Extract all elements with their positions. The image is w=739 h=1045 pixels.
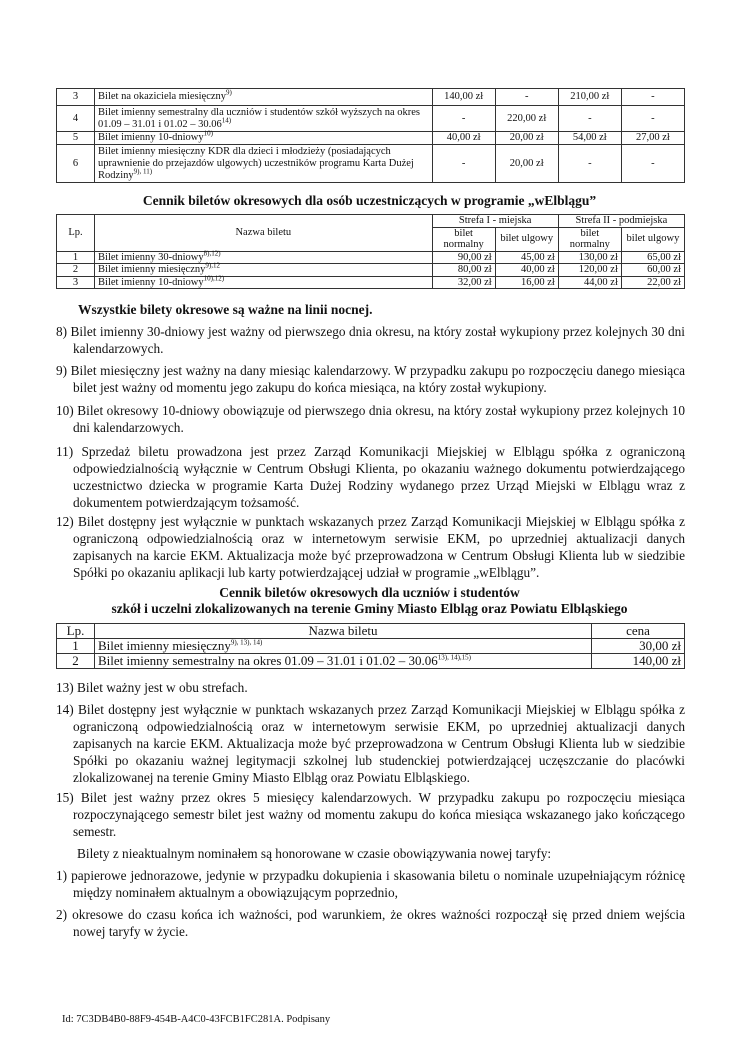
cell-name: Bilet na okaziciela miesięczny9): [95, 89, 433, 106]
section-title-students-2: szkół i uczelni zlokalizowanych na teren…: [0, 601, 739, 617]
cell-price: 210,00 zł: [558, 89, 621, 106]
cell-price: -: [495, 89, 558, 106]
table-row: 1Bilet imienny 30-dniowy8),12)90,00 zł45…: [57, 251, 685, 264]
section-title-welblagu: Cennik biletów okresowych dla osób uczes…: [0, 193, 739, 209]
header-name: Nazwa biletu: [94, 624, 591, 639]
footnote-text: 2) okresowe do czasu końca ich ważności,…: [56, 906, 685, 940]
cell-price: 60,00 zł: [621, 264, 684, 277]
cell-price: 80,00 zł: [432, 264, 495, 277]
footnote-text: 12) Bilet dostępny jest wyłącznie w punk…: [56, 513, 685, 581]
cell-price: 44,00 zł: [558, 276, 621, 289]
footnote-item: 12) Bilet dostępny jest wyłącznie w punk…: [56, 513, 685, 581]
footnote-ref: 9), 13), 14): [231, 639, 263, 647]
cell-price: -: [558, 106, 621, 132]
cell-price: 140,00 zł: [592, 654, 685, 669]
cell-price: 65,00 zł: [621, 251, 684, 264]
footnote-ref: 8),12): [204, 249, 221, 257]
table-row: 2Bilet imienny semestralny na okres 01.0…: [57, 654, 685, 669]
cell-price: 32,00 zł: [432, 276, 495, 289]
header-name: Nazwa biletu: [95, 215, 433, 252]
cell-price: 40,00 zł: [432, 132, 495, 145]
cell-name: Bilet imienny miesięczny9),12: [95, 264, 433, 277]
cell-price: 140,00 zł: [432, 89, 495, 106]
cell-price: 30,00 zł: [592, 639, 685, 654]
cell-price: 20,00 zł: [495, 145, 558, 183]
footnote-item: 13) Bilet ważny jest w obu strefach.: [56, 679, 685, 696]
footnote-ref: 9), 11): [134, 167, 152, 175]
table-row: 3Bilet imienny 10-dniowy10),12)32,00 zł1…: [57, 276, 685, 289]
table-row: 6Bilet imienny miesięczny KDR dla dzieci…: [57, 145, 685, 183]
footnote-item: 9) Bilet miesięczny jest ważny na dany m…: [56, 362, 685, 396]
footnote-ref: 14): [222, 116, 231, 124]
footnote-ref: 9): [226, 89, 232, 97]
footnote-text: 8) Bilet imienny 30-dniowy jest ważny od…: [56, 323, 685, 357]
cell-price: 90,00 zł: [432, 251, 495, 264]
cell-lp: 2: [57, 654, 95, 669]
cell-price: -: [558, 145, 621, 183]
header-reduced-z2: bilet ulgowy: [621, 227, 684, 251]
cell-price: 45,00 zł: [495, 251, 558, 264]
outdated-intro: Bilety z nieaktualnym nominałem są honor…: [77, 846, 551, 862]
table-row: 5Bilet imienny 10-dniowy10)40,00 zł20,00…: [57, 132, 685, 145]
footnote-item: 15) Bilet jest ważny przez okres 5 miesi…: [56, 789, 685, 840]
header-zone1: Strefa I - miejska: [432, 215, 558, 228]
footnote-item: 10) Bilet okresowy 10-dniowy obowiązuje …: [56, 402, 685, 436]
cell-price: 20,00 zł: [495, 132, 558, 145]
footnote-text: 15) Bilet jest ważny przez okres 5 miesi…: [56, 789, 685, 840]
document-id-footer: Id: 7C3DB4B0-88F9-454B-A4C0-43FCB1FC281A…: [62, 1014, 330, 1025]
cell-lp: 3: [57, 276, 95, 289]
cell-price: 220,00 zł: [495, 106, 558, 132]
cell-price: -: [432, 106, 495, 132]
table-row: 1Bilet imienny miesięczny9), 13), 14)30,…: [57, 639, 685, 654]
cell-price: -: [432, 145, 495, 183]
header-lp: Lp.: [57, 624, 95, 639]
footnote-item: 11) Sprzedaż biletu prowadzona jest prze…: [56, 443, 685, 511]
footnote-ref: 10),12): [204, 274, 224, 282]
section-title-students-1: Cennik biletów okresowych dla uczniów i …: [0, 585, 739, 601]
cell-price: 40,00 zł: [495, 264, 558, 277]
footnote-text: 9) Bilet miesięczny jest ważny na dany m…: [56, 362, 685, 396]
cell-lp: 3: [57, 89, 95, 106]
cell-price: -: [621, 89, 684, 106]
cell-lp: 5: [57, 132, 95, 145]
footnote-text: 10) Bilet okresowy 10-dniowy obowiązuje …: [56, 402, 685, 436]
cell-lp: 2: [57, 264, 95, 277]
cell-lp: 6: [57, 145, 95, 183]
footnote-item: 14) Bilet dostępny jest wyłącznie w punk…: [56, 701, 685, 786]
cell-price: 27,00 zł: [621, 132, 684, 145]
footnote-text: 1) papierowe jednorazowe, jedynie w przy…: [56, 867, 685, 901]
header-zone2: Strefa II - podmiejska: [558, 215, 684, 228]
cell-price: 22,00 zł: [621, 276, 684, 289]
footnote-ref: 9),12: [205, 262, 220, 270]
table-row: 4Bilet imienny semestralny dla uczniów i…: [57, 106, 685, 132]
cell-price: 120,00 zł: [558, 264, 621, 277]
cell-price: -: [621, 145, 684, 183]
cell-name: Bilet imienny 10-dniowy10),12): [95, 276, 433, 289]
header-price: cena: [592, 624, 685, 639]
price-table-students: Lp. Nazwa biletu cena 1Bilet imienny mie…: [56, 623, 685, 669]
cell-name: Bilet imienny semestralny na okres 01.09…: [94, 654, 591, 669]
footnote-text: 11) Sprzedaż biletu prowadzona jest prze…: [56, 443, 685, 511]
footnote-ref: 13), 14),15): [438, 654, 471, 662]
price-table-welblagu: Lp. Nazwa biletu Strefa I - miejska Stre…: [56, 214, 685, 289]
header-normal-z2: bilet normalny: [558, 227, 621, 251]
cell-name: Bilet imienny semestralny dla uczniów i …: [95, 106, 433, 132]
cell-name: Bilet imienny miesięczny9), 13), 14): [94, 639, 591, 654]
night-line-note: Wszystkie bilety okresowe są ważne na li…: [78, 302, 373, 318]
footnote-text: 14) Bilet dostępny jest wyłącznie w punk…: [56, 701, 685, 786]
cell-price: 54,00 zł: [558, 132, 621, 145]
cell-price: -: [621, 106, 684, 132]
header-lp: Lp.: [57, 215, 95, 252]
price-table-general: 3Bilet na okaziciela miesięczny9)140,00 …: [56, 88, 685, 183]
cell-lp: 1: [57, 639, 95, 654]
cell-name: Bilet imienny 10-dniowy10): [95, 132, 433, 145]
header-reduced-z1: bilet ulgowy: [495, 227, 558, 251]
document-page: 3Bilet na okaziciela miesięczny9)140,00 …: [0, 0, 739, 1045]
cell-price: 130,00 zł: [558, 251, 621, 264]
cell-name: Bilet imienny miesięczny KDR dla dzieci …: [95, 145, 433, 183]
table-row: 3Bilet na okaziciela miesięczny9)140,00 …: [57, 89, 685, 106]
footnote-item: 1) papierowe jednorazowe, jedynie w przy…: [56, 867, 685, 901]
footnote-item: 2) okresowe do czasu końca ich ważności,…: [56, 906, 685, 940]
footnote-item: 8) Bilet imienny 30-dniowy jest ważny od…: [56, 323, 685, 357]
cell-name: Bilet imienny 30-dniowy8),12): [95, 251, 433, 264]
cell-lp: 4: [57, 106, 95, 132]
cell-lp: 1: [57, 251, 95, 264]
cell-price: 16,00 zł: [495, 276, 558, 289]
footnote-ref: 10): [204, 130, 213, 138]
table-row: 2Bilet imienny miesięczny9),1280,00 zł40…: [57, 264, 685, 277]
header-normal-z1: bilet normalny: [432, 227, 495, 251]
footnote-text: 13) Bilet ważny jest w obu strefach.: [56, 679, 685, 696]
